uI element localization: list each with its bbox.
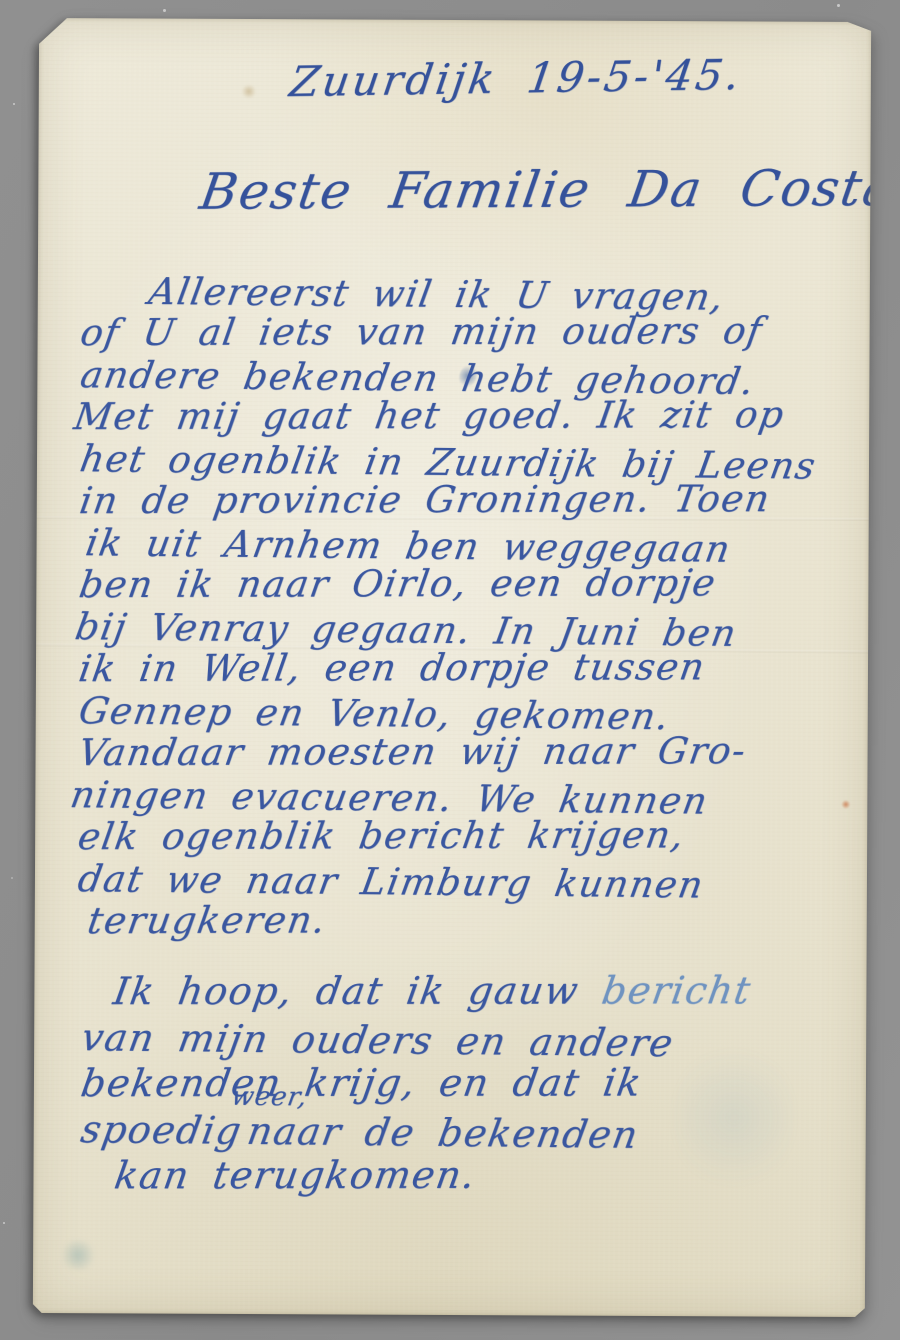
photo-backdrop: Zuurdijk 19-5-'45. Beste Familie Da Cost… [0,0,900,1340]
salutation: Beste Familie Da Costa. [196,159,900,221]
line-text: Ik hoop, dat ik gauw [110,969,582,1014]
letter-line: Met mij gaat het goed. Ik zit op [71,394,821,438]
letter-line: ben ik naar Oirlo, een dorpje [76,562,820,606]
dust-speck [163,9,166,12]
dust-speck [13,103,15,105]
paragraph-second: Ik hoop, dat ik gauw bericht van mijn ou… [77,968,747,1201]
handwriting-layer: Zuurdijk 19-5-'45. Beste Familie Da Cost… [33,18,871,1317]
letter-line: bekenden krijg, en dat ik [78,1059,755,1106]
dust-speck [837,4,840,7]
letter-line: Vandaar moesten wij naar Gro- [75,730,819,774]
letter-line: in de provincie Groningen. Toen [77,478,821,522]
letter-line: of U al iets van mijn ouders of [78,310,822,354]
date-line: Zuurdijk 19-5-'45. [287,50,746,106]
line-text: spoedig [78,1107,246,1153]
dust-speck [11,877,13,879]
faded-word: bericht [599,968,755,1012]
letter-page: Zuurdijk 19-5-'45. Beste Familie Da Cost… [33,18,871,1317]
paragraph-first: Allereerst wil ik U vragen, of U al iets… [75,270,814,946]
letter-line: Ik hoop, dat ik gauw bericht [78,967,755,1014]
letter-line: kan terugkomen. [111,1152,754,1199]
letter-line: elk ogenblik bericht krijgen, [75,814,819,858]
paper-sheet: Zuurdijk 19-5-'45. Beste Familie Da Cost… [33,18,871,1317]
inserted-word: weer, [228,1074,312,1121]
letter-line: ik in Well, een dorpje tussen [76,646,820,690]
letter-line: terugkeren. [85,898,819,942]
dust-speck [3,1222,5,1224]
